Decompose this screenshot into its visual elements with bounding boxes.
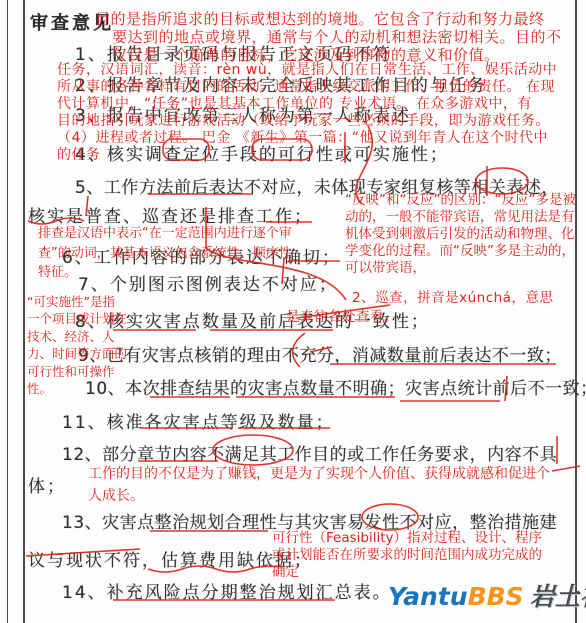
watermark-bbs: BBS bbox=[468, 582, 524, 611]
scanned-review-document: 审查意见 1、报告目录页码与报告正文页码不符 2、报告章节及内容未完全反映其工作… bbox=[0, 0, 586, 623]
red-note-xuncha-1: 2、巡查，拼音是xúnchá，意思 bbox=[352, 286, 553, 306]
review-item-11: 11、核准各灾害点等级及数量； bbox=[62, 408, 335, 433]
red-note-work-purpose: 工作的目的不仅是为了赚钱，更是为了实现个人价值、获得成就感和促进个人成长。 bbox=[88, 463, 560, 507]
watermark: YantuBBS岩土在线 bbox=[388, 577, 586, 613]
watermark-yantu: Yantu bbox=[388, 582, 468, 611]
review-item-13-cont: 议与现状不符，估算费用缺依据； bbox=[28, 546, 313, 571]
review-item-10: 10、本次排查结果的灾害点数量不明确；灾害点统计前后不一致； bbox=[85, 374, 586, 399]
red-note-fanying-vs-fanying: “反映”和“反应”的区别：“反应”多是被动的，一般不能带宾语，常见用法是有机体受… bbox=[345, 192, 579, 277]
review-item-9: 9、已有灾害点核销的理由不充分，消减数量前后表达不一致； bbox=[78, 341, 562, 366]
red-note-task-5: （4）进程或者过程。 巴金 《新生》第一篇：“他又说到年青人在这个时代中 bbox=[57, 127, 548, 147]
left-outer-border bbox=[7, 0, 8, 623]
review-item-14: 14、补充风险点分期整治规划汇总表。 bbox=[62, 578, 392, 603]
watermark-cjk: 岩土在线 bbox=[530, 582, 586, 611]
red-note-xuncha-2: 是来往各处查看。 bbox=[286, 305, 398, 325]
review-item-12: 12、部分章节内容不满足其工作目的或工作任务要求，内容不具 bbox=[62, 440, 557, 465]
red-note-paicha-definition: 排查是汉语中表示“在一定范围内进行逐个审查”的动词，其基本语义包含系统性、顺序性… bbox=[38, 224, 294, 283]
red-note-task-6: 的任务 bbox=[57, 144, 101, 164]
right-border bbox=[575, 0, 577, 623]
red-note-feasibility-definition: 可行性（Feasibility）指对过程、设计、程序或计划能否在所要求的时间范围… bbox=[272, 530, 550, 580]
left-inner-border bbox=[23, 0, 25, 623]
review-item-12-cont: 体； bbox=[28, 472, 66, 497]
red-note-feasibility-margin: “可实施性”是指一个项目或计划在技术、经济、人力、时间等方面的可行性和可操作性。 bbox=[27, 293, 127, 397]
